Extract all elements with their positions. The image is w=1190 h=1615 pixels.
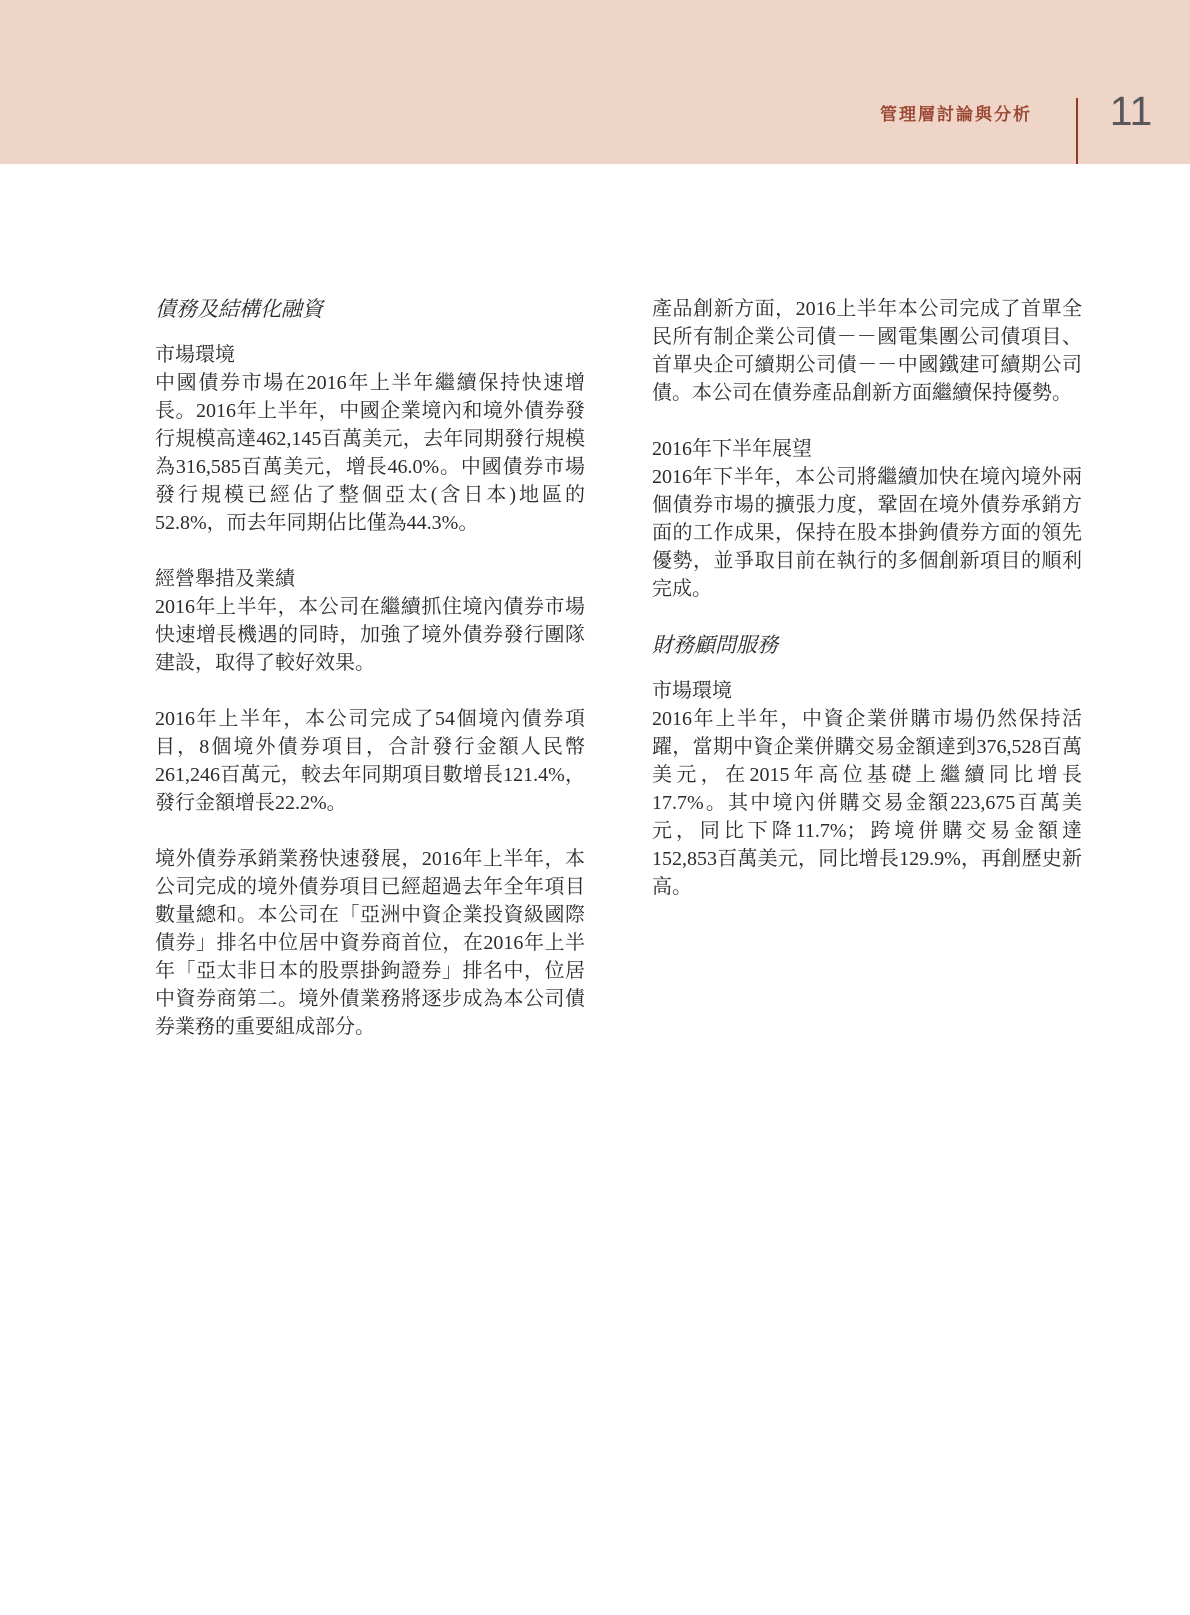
section-title-financial-advisory: 財務顧問服務 <box>652 631 1082 659</box>
paragraph-product-innovation: 產品創新方面，2016上半年本公司完成了首單全民所有制企業公司債－－國電集團公司… <box>652 295 1082 407</box>
paragraph-bond-market-growth: 中國債券市場在2016年上半年繼續保持快速增長。2016年上半年，中國企業境內和… <box>155 369 585 537</box>
paragraph-h2-expansion-plan: 2016年下半年，本公司將繼續加快在境內境外兩個債券市場的擴張力度，鞏固在境外債… <box>652 463 1082 603</box>
left-column: 債務及結構化融資 市場環境 中國債券市場在2016年上半年繼續保持快速增長。20… <box>155 295 585 1069</box>
subheading-market-environment-advisory: 市場環境 <box>652 677 1082 705</box>
subheading-market-environment: 市場環境 <box>155 341 585 369</box>
paragraph-offshore-bond-underwriting: 境外債券承銷業務快速發展，2016年上半年，本公司完成的境外債券項目已經超過去年… <box>155 845 585 1041</box>
right-column: 產品創新方面，2016上半年本公司完成了首單全民所有制企業公司債－－國電集團公司… <box>652 295 1082 1069</box>
paragraph-bond-projects-completed: 2016年上半年，本公司完成了54個境內債券項目，8個境外債券項目，合計發行金額… <box>155 705 585 817</box>
report-page: 管理層討論與分析 11 債務及結構化融資 市場環境 中國債券市場在2016年上半… <box>0 0 1190 1615</box>
header-divider <box>1076 98 1078 164</box>
subheading-business-initiatives-results: 經營舉措及業績 <box>155 565 585 593</box>
page-number: 11 <box>1098 91 1164 132</box>
paragraph-ma-market-activity: 2016年上半年，中資企業併購市場仍然保持活躍，當期中資企業併購交易金額達到37… <box>652 705 1082 901</box>
paragraph-domestic-bond-team: 2016年上半年，本公司在繼續抓住境內債券市場快速增長機遇的同時，加強了境外債券… <box>155 593 585 677</box>
page-header-title: 管理層討論與分析 <box>880 105 1032 125</box>
section-title-debt-structured-finance: 債務及結構化融資 <box>155 295 585 323</box>
subheading-2016-h2-outlook: 2016年下半年展望 <box>652 435 1082 463</box>
page-header-band: 管理層討論與分析 11 <box>0 0 1190 164</box>
content-area: 債務及結構化融資 市場環境 中國債券市場在2016年上半年繼續保持快速增長。20… <box>155 295 1082 1069</box>
